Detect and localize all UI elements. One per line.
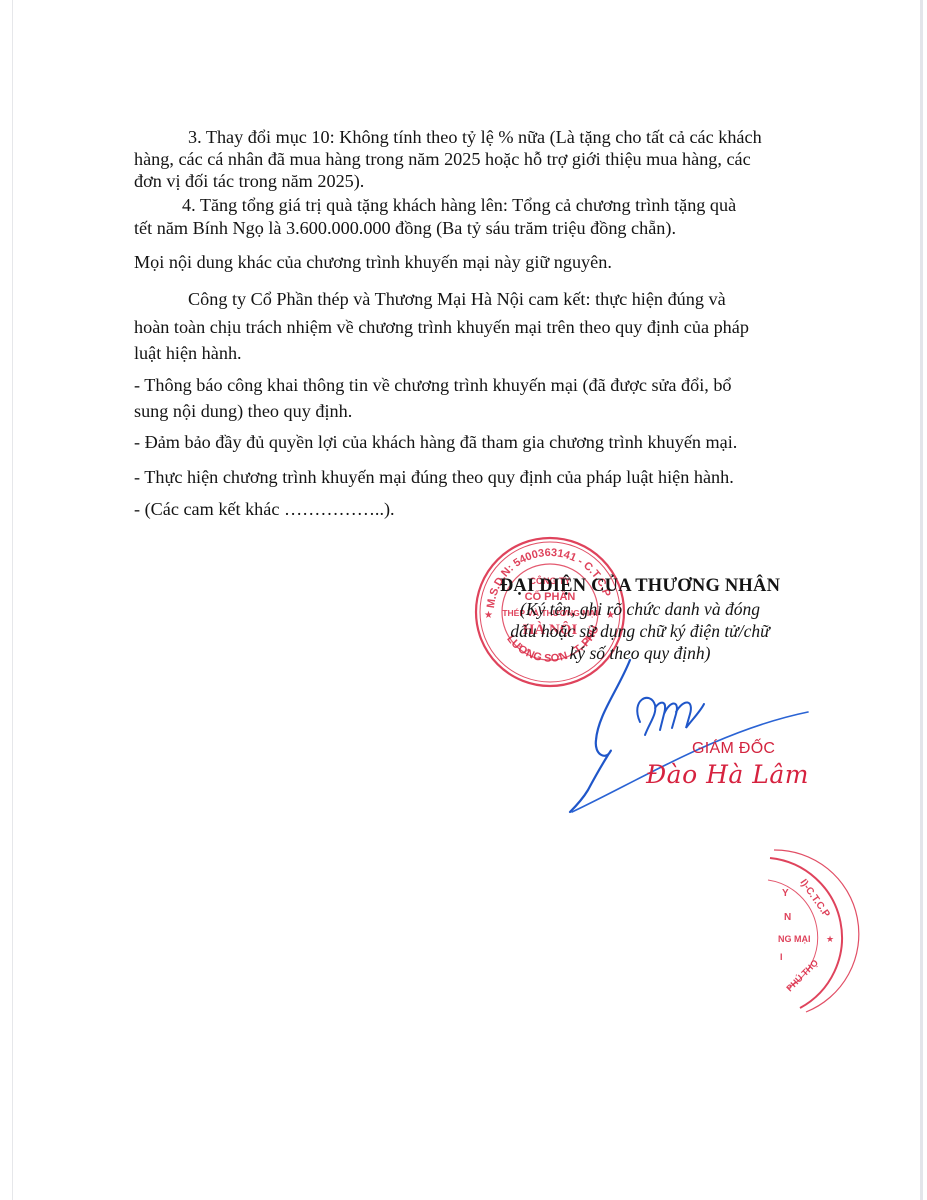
svg-text:N: N (784, 912, 791, 923)
svg-text:PHÚ THỌ: PHÚ THỌ (784, 957, 820, 993)
svg-text:I: I (780, 952, 783, 962)
svg-text:NG MẠI: NG MẠI (778, 934, 811, 944)
svg-text:Y: Y (782, 888, 789, 899)
handwritten-signature (0, 0, 927, 1200)
partial-stamp: I)-C.T.C.P Y N NG MẠI ★ I PHÚ THỌ (760, 840, 860, 1020)
director-title: GIÁM ĐỐC (692, 740, 775, 758)
director-name: Đào Hà Lâm (646, 760, 809, 789)
svg-text:★: ★ (826, 935, 834, 945)
